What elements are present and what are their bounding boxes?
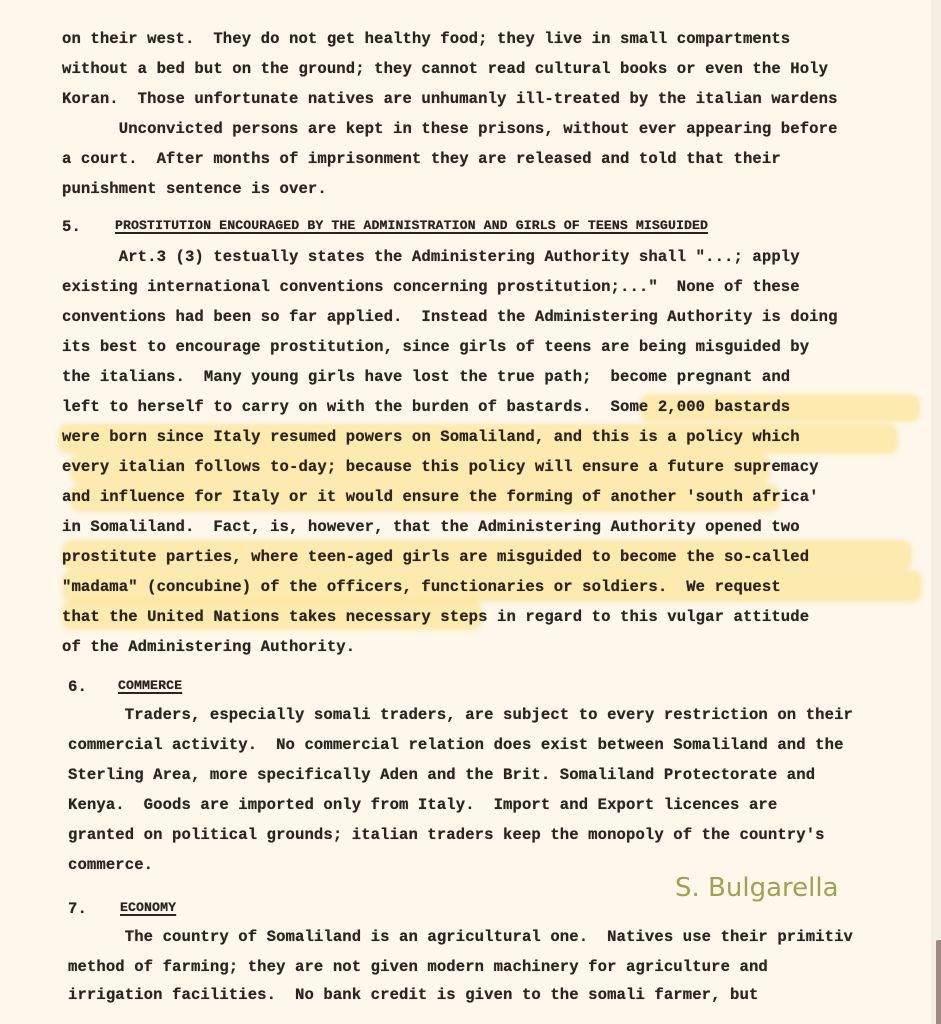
text-line: prostitute parties, where teen-aged girl…	[62, 548, 809, 566]
scanned-document-page: on their west. They do not get healthy f…	[0, 0, 941, 1024]
text-line: without a bed but on the ground; they ca…	[62, 60, 828, 78]
watermark-signature: S. Bulgarella	[675, 873, 839, 903]
text-line: conventions had been so far applied. Ins…	[62, 308, 838, 326]
section-number: 5.	[62, 218, 81, 236]
section-heading: COMMERCE	[118, 678, 182, 693]
text-line: were born since Italy resumed powers on …	[62, 428, 800, 446]
text-line: Kenya. Goods are imported only from Ital…	[68, 796, 777, 814]
text-line: Sterling Area, more specifically Aden an…	[68, 766, 815, 784]
text-line: The country of Somaliland is an agricult…	[68, 928, 853, 946]
text-line: the italians. Many young girls have lost…	[62, 368, 790, 386]
section-number: 7.	[68, 900, 87, 918]
text-line: granted on political grounds; italian tr…	[68, 826, 825, 844]
text-line: every italian follows to-day; because th…	[62, 458, 819, 476]
text-line: method of farming; they are not given mo…	[68, 958, 768, 976]
text-line: a court. After months of imprisonment th…	[62, 150, 781, 168]
text-line: irrigation facilities. No bank credit is…	[68, 986, 758, 1004]
text-line: in Somaliland. Fact, is, however, that t…	[62, 518, 800, 536]
text-line: and influence for Italy or it would ensu…	[62, 488, 819, 506]
text-line: Unconvicted persons are kept in these pr…	[62, 120, 838, 138]
text-line: that the United Nations takes necessary …	[62, 608, 809, 626]
text-line: on their west. They do not get healthy f…	[62, 30, 790, 48]
text-line: Koran. Those unfortunate natives are unh…	[62, 90, 838, 108]
text-line: Traders, especially somali traders, are …	[68, 706, 853, 724]
text-line: of the Administering Authority.	[62, 638, 355, 656]
scrollbar-thumb[interactable]	[936, 940, 941, 1024]
text-line: "madama" (concubine) of the officers, fu…	[62, 578, 781, 596]
section-number: 6.	[68, 678, 87, 696]
text-line: punishment sentence is over.	[62, 180, 327, 198]
text-line: existing international conventions conce…	[62, 278, 800, 296]
section-heading: PROSTITUTION ENCOURAGED BY THE ADMINISTR…	[115, 218, 708, 233]
text-line: commerce.	[68, 856, 153, 874]
text-line: Art.3 (3) testually states the Administe…	[62, 248, 800, 266]
text-line: commercial activity. No commercial relat…	[68, 736, 844, 754]
section-heading: ECONOMY	[120, 900, 176, 915]
text-line: its best to encourage prostitution, sinc…	[62, 338, 809, 356]
text-line: left to herself to carry on with the bur…	[62, 398, 790, 416]
right-edge-strip	[931, 0, 941, 1024]
